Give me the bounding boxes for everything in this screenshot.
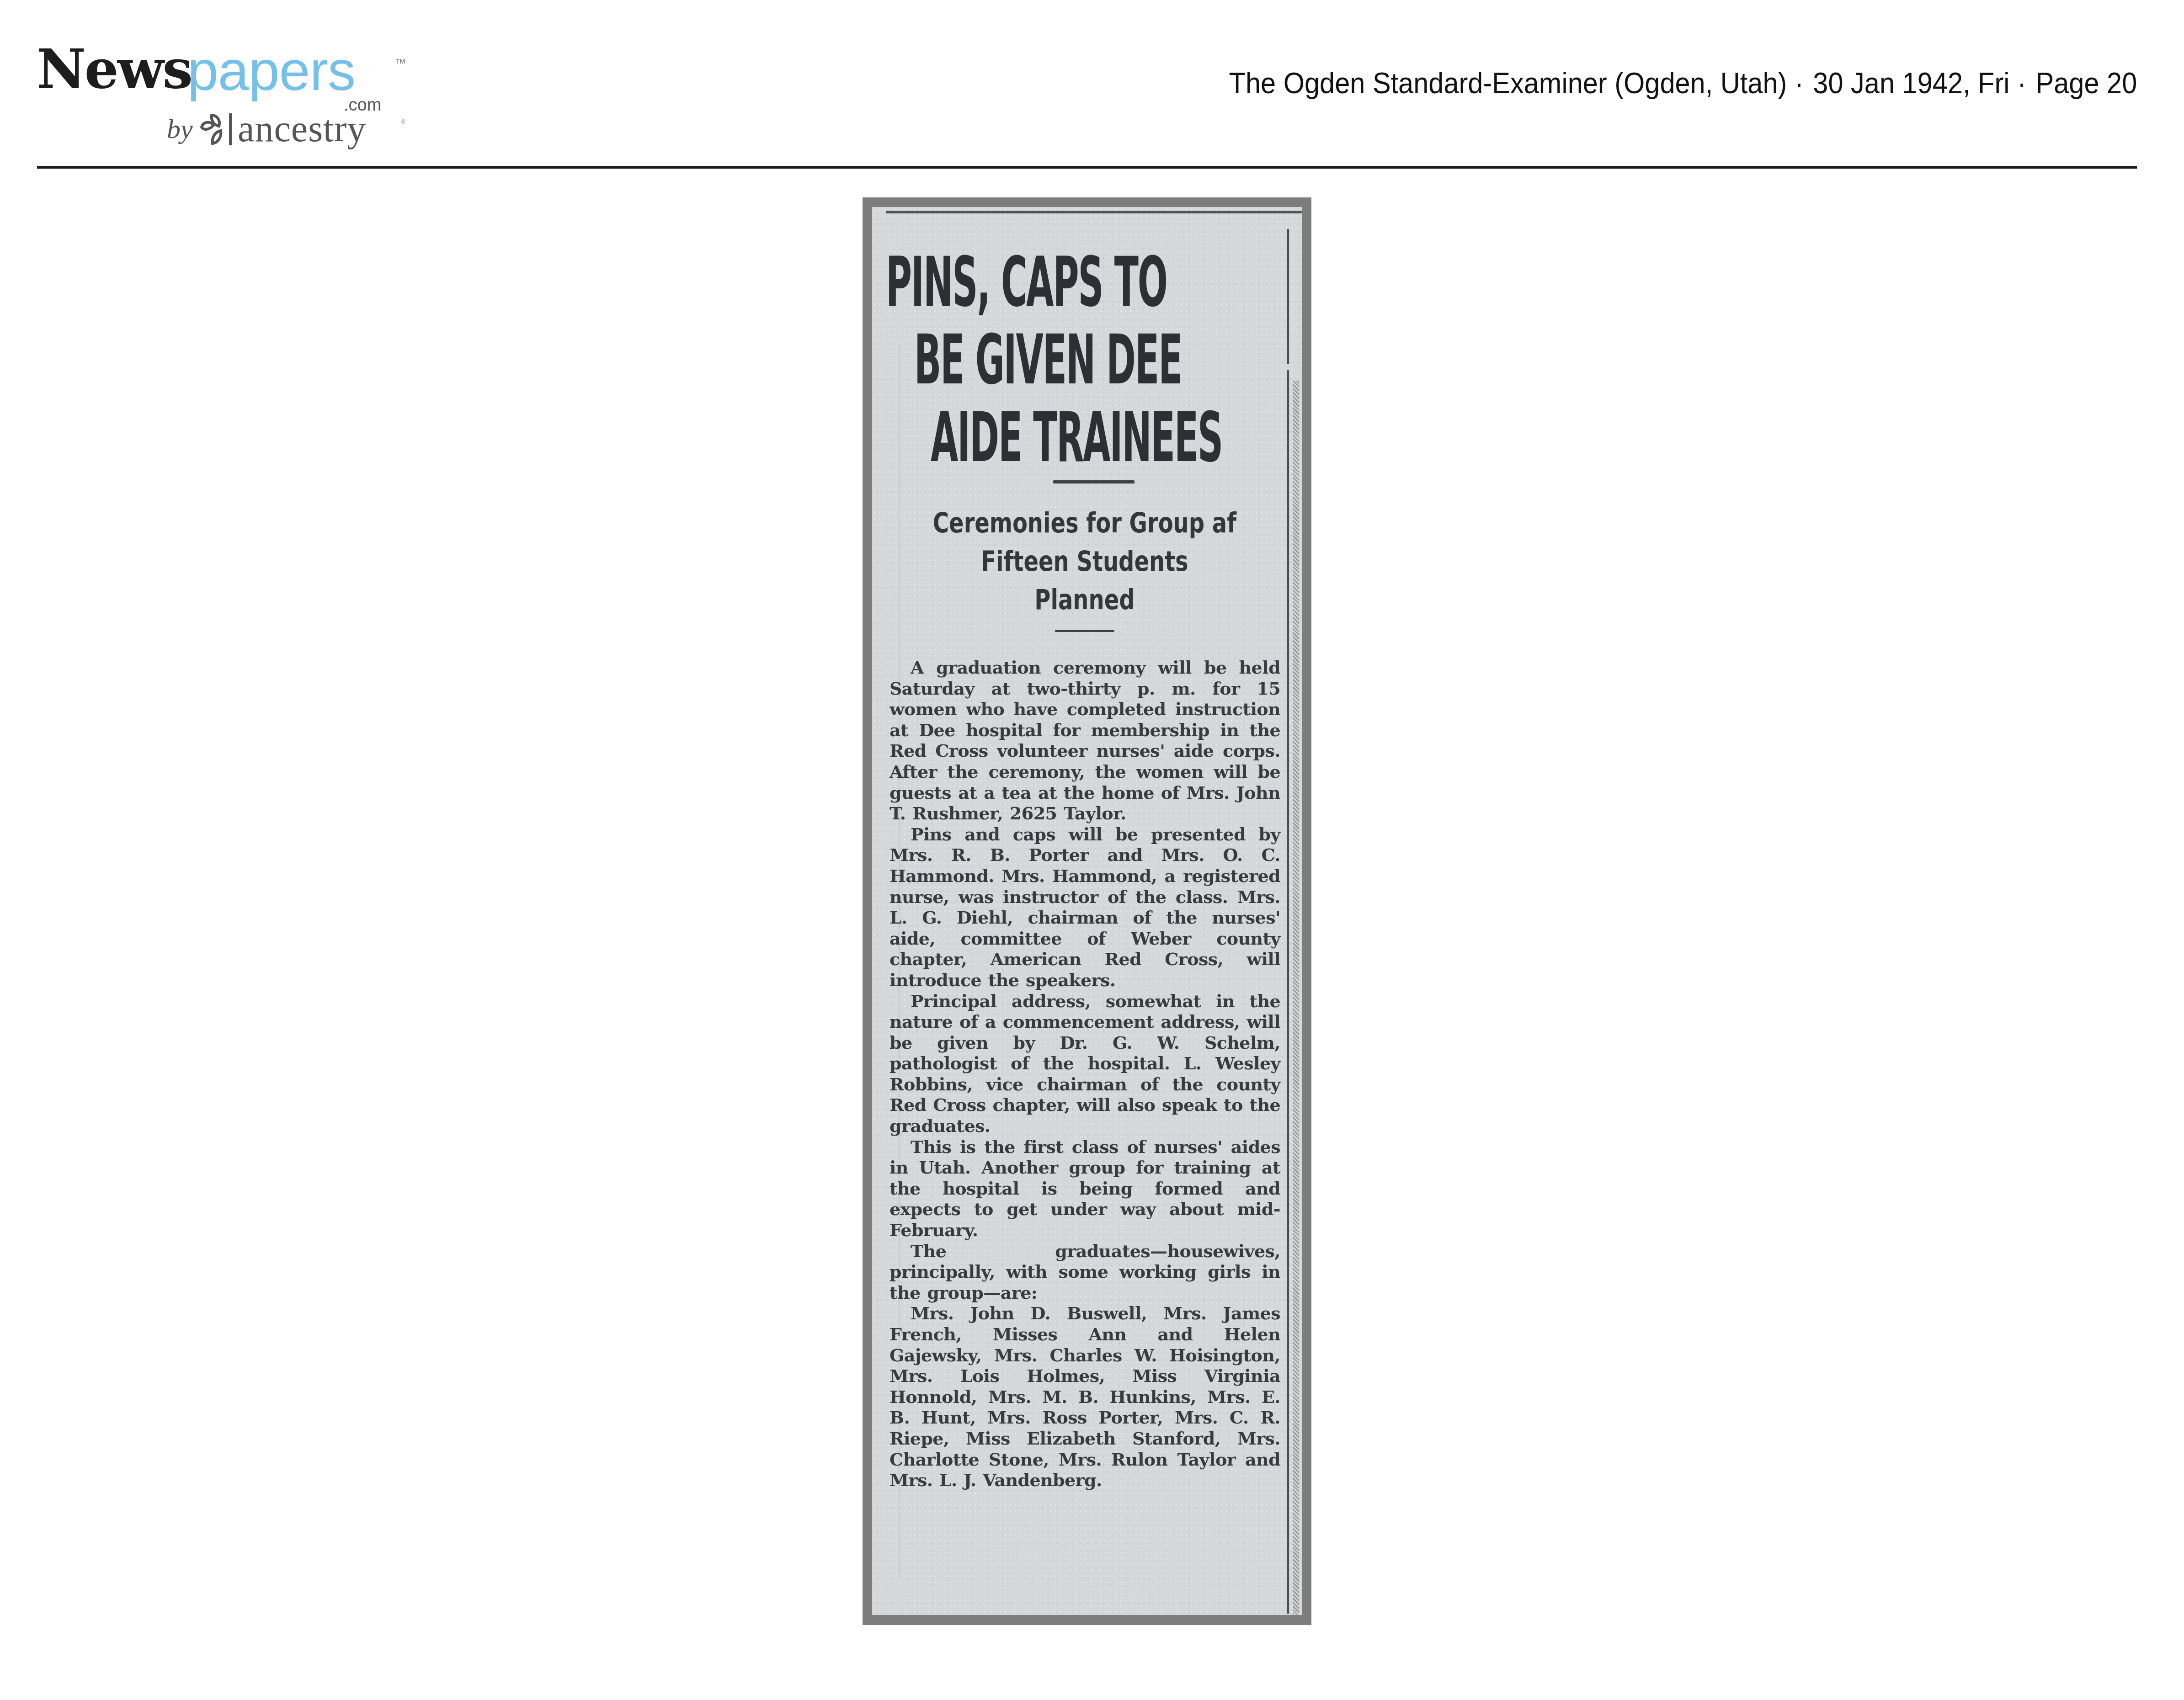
article-paragraph: Principal address, somewhat in the natur… (890, 991, 1280, 1137)
headline-line: BE GIVEN DEE (914, 321, 1108, 399)
clipping-paper: PINS, CAPS TO BE GIVEN DEE AIDE TRAINEES… (872, 207, 1302, 1615)
logo-by: by (167, 115, 193, 143)
subhead-line: Planned (929, 581, 1240, 619)
article-body: A graduation ceremony will be held Satur… (890, 657, 1280, 1491)
newspaper-clipping: PINS, CAPS TO BE GIVEN DEE AIDE TRAINEES… (863, 197, 1311, 1625)
article-subheadline: Ceremonies for Group af Fifteen Students… (890, 504, 1279, 619)
headline-line: AIDE TRAINEES (931, 399, 1117, 477)
logo-registered-mark: ® (401, 119, 405, 125)
article-paragraph: This is the first class of nurses' aides… (890, 1137, 1280, 1241)
clipping-citation: The Ogden Standard-Examiner (Ogden, Utah… (1229, 65, 2137, 101)
publication-name[interactable]: The Ogden Standard-Examiner (Ogden, Utah… (1229, 67, 1787, 100)
column-edge-hatch (1293, 381, 1299, 1615)
citation-separator: · (1795, 65, 1804, 101)
subhead-divider (1055, 630, 1114, 632)
logo-papers-wordmark: papers (187, 44, 355, 98)
citation-separator: · (2017, 65, 2026, 101)
article-paragraph: A graduation ceremony will be held Satur… (890, 657, 1280, 824)
newspapers-logo[interactable]: News papers TM .com by ancestry ® (37, 42, 375, 143)
article-paragraph: Mrs. John D. Buswell, Mrs. James French,… (890, 1303, 1280, 1490)
article-headline: PINS, CAPS TO BE GIVEN DEE AIDE TRAINEES (886, 244, 1288, 477)
article-paragraph: The graduates—housewives, principally, w… (890, 1241, 1280, 1303)
page-number[interactable]: Page 20 (2035, 67, 2137, 100)
subhead-line: Ceremonies for Group af (929, 504, 1240, 542)
logo-trademark: TM (396, 58, 405, 65)
headline-line: PINS, CAPS TO (886, 244, 1095, 321)
ancestry-leaf-icon (199, 112, 235, 146)
header-divider (37, 166, 2137, 169)
logo-news-wordmark: News (37, 42, 192, 96)
article-paragraph: Pins and caps will be presented by Mrs. … (890, 824, 1280, 991)
subhead-line: Fifteen Students (929, 542, 1240, 581)
headline-divider (1053, 480, 1135, 483)
column-top-rule (886, 211, 1302, 213)
publication-date[interactable]: 30 Jan 1942, Fri (1813, 67, 2009, 100)
logo-ancestry-wordmark: ancestry (238, 112, 366, 146)
